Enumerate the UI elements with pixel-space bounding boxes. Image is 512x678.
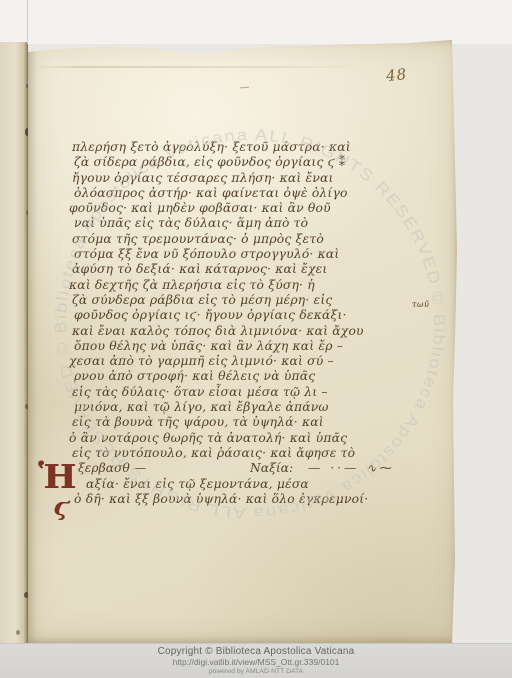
manuscript-line: μνιόνα, καὶ τῷ λίγο, καὶ ἔβγαλε ἀπάνω: [74, 400, 418, 415]
folio-edge-line: [27, 0, 28, 44]
digitized-manuscript-viewer: { "folio_number": "48", "watermark": { "…: [0, 0, 512, 678]
stray-ink-mark: [240, 87, 249, 89]
manuscript-line: καὶ ἔναι καλὸς τόπος διὰ λιμνιόνα· καὶ ἄ…: [72, 324, 418, 339]
greek-text-block: πλερήση ξετὸ ἀγρολύξη· ξετοῦ μάστρα· καὶ…: [72, 140, 418, 507]
manuscript-line: εἰς τὰ βουνὰ τῆς ψάρου, τὰ ὑψηλά· καὶ: [72, 415, 418, 430]
folio-number: 48: [385, 65, 408, 85]
manuscript-line: ἀφύση τὸ δεξιά· καὶ κάταρνος· καὶ ἔχει: [72, 262, 418, 277]
manuscript-line: ὁ δῆ· καὶ ξξ βουνὰ ὑψηλά· καὶ ὅλο ἐγκρεμ…: [74, 492, 418, 507]
manuscript-line: φοῦνδος ὀργίαις ιϛ· ἤγουν ὀργίαις δεκάξι…: [74, 308, 418, 323]
manuscript-line: ρνου ἀπὸ στροφή· καὶ θέλεις νὰ ὑπᾶς: [74, 369, 418, 384]
section-title: Ναξία:: [250, 461, 293, 476]
manuscript-line: καὶ δεχτῆς ζὰ πλερήσια εἰς τὸ ξύση· ἡ: [69, 278, 418, 293]
gutter-speck: [16, 630, 20, 635]
manuscript-line: πλερήση ξετὸ ἀγρολύξη· ξετοῦ μάστρα· καὶ: [72, 140, 418, 155]
manuscript-line: ναὶ ὑπᾶς εἰς τὰς δύλαις· ἅμη ἀπὸ τὸ: [74, 216, 418, 231]
manuscript-line: ζὰ σίδερα ράβδια, εἰς φοῦνδος ὀργίαις ϛ …: [74, 155, 418, 170]
manuscript-line: στόμα τῆς τρεμουντάνας· ὁ μπρὸς ξετὸ: [72, 232, 418, 247]
ink-flourish: — ··— ∿⁓: [308, 461, 395, 476]
manuscript-line: ὁλόασπρος ἀστήρ· καὶ φαίνεται ὀψὲ ὀλίγο: [74, 186, 418, 201]
manuscript-line: φοῦνδος· καὶ μηδὲν φοβᾶσαι· καὶ ἂν θοῦ: [69, 201, 418, 216]
manuscript-line: αξία· ἔναι εἰς τῷ ξεμοντάνα, μέσα: [86, 477, 418, 492]
footer-url: http://digi.vatlib.it/view/MSS_Ott.gr.33…: [0, 657, 512, 667]
scan-background-top: [0, 0, 512, 44]
manuscript-line: χεσαι ἀπὸ τὸ γαρμπῆ εἰς λιμνιό· καὶ σύ –: [69, 354, 418, 369]
manuscript-line: ἤγουν ὀργίαις τέσσαρες πλήση· καὶ ἔναι: [72, 171, 418, 186]
marginal-note: τωῦ: [412, 300, 429, 309]
manuscript-line: εἰς τὸ νυτόπουλο, καὶ ῥάσαις· καὶ ἄφησε …: [72, 446, 418, 461]
catchline-left: ξερβασθ —: [78, 461, 146, 476]
viewer-footer-bar: Copyright © Biblioteca Apostolica Vatica…: [0, 643, 512, 678]
manuscript-line: ὅπου θέλης νὰ ὑπᾶς· καὶ ἂν λάχη καὶ ἔρ –: [74, 339, 418, 354]
manuscript-line: ζὰ σύνδερα ράβδια εἰς τὸ μέση μέρη· εἰς: [72, 293, 418, 308]
footer-powered-by: powered by AMLAD·NTT DATA: [0, 668, 512, 675]
catchline-row: ξερβασθ — Ναξία: — ··— ∿⁓: [72, 461, 418, 476]
parchment-fold-line: [32, 66, 362, 68]
manuscript-line: ὁ ἂν νοτάροις θωρῆς τὰ ἀνατολή· καὶ ὑπᾶς: [69, 431, 418, 446]
underlying-folio-edge: [0, 42, 28, 644]
rubricated-initial: Ἡ: [38, 460, 76, 493]
manuscript-line: στόμα ξξ ἔνα νῦ ξόπουλο στρογγυλό· καὶ: [74, 247, 418, 262]
manuscript-line: εἰς τὰς δύλαις· ὅταν εἶσαι μέσα τῷ λι –: [72, 385, 418, 400]
footer-copyright: Copyright © Biblioteca Apostolica Vatica…: [0, 646, 512, 657]
